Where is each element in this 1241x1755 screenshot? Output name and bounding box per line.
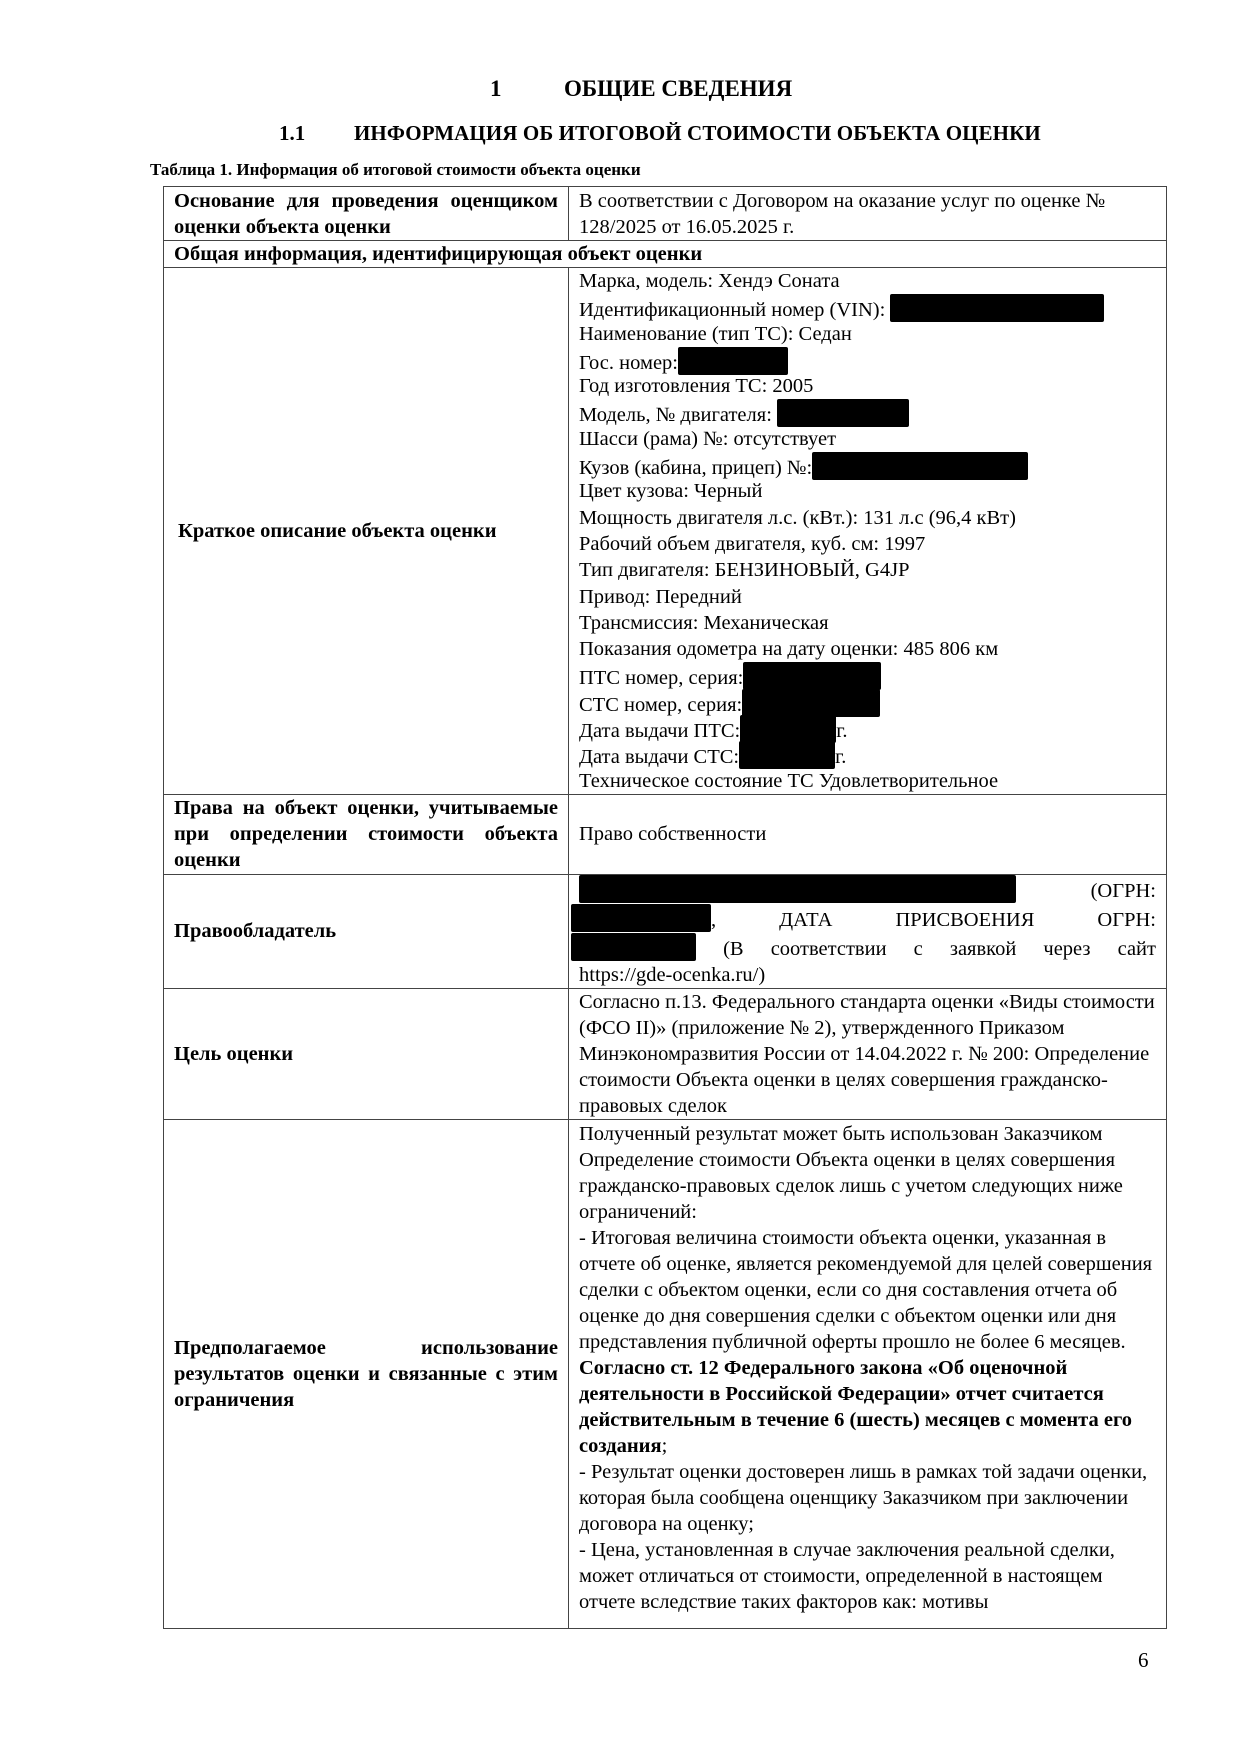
description-line: Шасси (рама) №: отсутствует xyxy=(579,426,1156,452)
description-line-text: СТС номер, серия: xyxy=(579,694,742,716)
section-title: ОБЩИЕ СВЕДЕНИЯ xyxy=(564,76,792,102)
redacted-value xyxy=(890,294,1104,322)
table-caption: Таблица 1. Информация об итоговой стоимо… xyxy=(150,160,641,180)
page-number: 6 xyxy=(1138,1648,1149,1673)
description-line: Мощность двигателя л.с. (кВт.): 131 л.с … xyxy=(579,505,1156,531)
subsection-title: ИНФОРМАЦИЯ ОБ ИТОГОВОЙ СТОИМОСТИ ОБЪЕКТА… xyxy=(354,121,1041,146)
holder-note: (В соответствии с заявкой через сайт xyxy=(723,938,1156,960)
description-line: Марка, модель: Хендэ Соната xyxy=(579,268,1156,294)
redacted-value xyxy=(777,399,909,427)
redacted-value xyxy=(678,347,788,375)
table-row-general-header: Общая информация, идентифицирующая объек… xyxy=(164,241,1167,268)
rights-label: Права на объект оценки, учитываемые при … xyxy=(164,794,569,874)
section-heading: 1 ОБЩИЕ СВЕДЕНИЯ xyxy=(0,72,1241,106)
description-line-text: Наименование (тип ТС): Седан xyxy=(579,323,852,345)
description-line: Тип двигателя: БЕНЗИНОВЫЙ, G4JP xyxy=(579,557,1156,583)
description-line-text: Шасси (рама) №: отсутствует xyxy=(579,428,836,450)
table-row-purpose: Цель оценки Согласно п.13. Федерального … xyxy=(164,988,1167,1119)
description-line-text: Цвет кузова: Черный xyxy=(579,480,762,502)
description-line-text: Кузов (кабина, прицеп) №: xyxy=(579,457,812,479)
subsection-heading: 1.1 ИНФОРМАЦИЯ ОБ ИТОГОВОЙ СТОИМОСТИ ОБЪ… xyxy=(0,118,1241,150)
table-row-description: Краткое описание объекта оценки Марка, м… xyxy=(164,268,1167,795)
ogrn-date-label: , ДАТА ПРИСВОЕНИЯ ОГРН: xyxy=(711,909,1156,931)
description-line: ПТС номер, серия: xyxy=(579,662,1156,688)
description-line-text: Год изготовления ТС: 2005 xyxy=(579,375,813,397)
description-line: Год изготовления ТС: 2005 xyxy=(579,373,1156,399)
intended-use-value: Полученный результат может быть использо… xyxy=(569,1119,1167,1628)
description-line-text: Мощность двигателя л.с. (кВт.): 131 л.с … xyxy=(579,507,1016,529)
description-line-suffix: г. xyxy=(836,720,847,742)
table-row-basis: Основание для проведения оценщиком оценк… xyxy=(164,187,1167,241)
holder-label: Правообладатель xyxy=(164,874,569,988)
description-line: Дата выдачи ПТС:г. xyxy=(579,715,1156,741)
description-line-text: Техническое состояние ТС Удовлетворитель… xyxy=(579,770,998,792)
redacted-ogrn-date xyxy=(571,933,696,961)
description-line-suffix: г. xyxy=(835,746,846,768)
description-line: Цвет кузова: Черный xyxy=(579,478,1156,504)
purpose-value: Согласно п.13. Федерального стандарта оц… xyxy=(569,988,1167,1119)
item1-plain-text: - Итоговая величина стоимости объекта оц… xyxy=(579,1227,1152,1353)
item1-end: ; xyxy=(662,1435,668,1457)
basis-label: Основание для проведения оценщиком оценк… xyxy=(164,187,569,241)
description-line: Привод: Передний xyxy=(579,584,1156,610)
description-label: Краткое описание объекта оценки xyxy=(164,268,569,795)
ogrn-label: (ОГРН: xyxy=(1091,880,1156,902)
redacted-value xyxy=(740,715,836,743)
redacted-value xyxy=(739,741,835,769)
description-line-text: Марка, модель: Хендэ Соната xyxy=(579,270,840,292)
description-line-text: Привод: Передний xyxy=(579,586,742,608)
intended-use-item-1: - Итоговая величина стоимости объекта оц… xyxy=(579,1225,1156,1459)
description-line-text: ПТС номер, серия: xyxy=(579,667,743,689)
description-line: Гос. номер: xyxy=(579,347,1156,373)
description-line-text: Гос. номер: xyxy=(579,352,678,374)
table-row-holder: Правообладатель (ОГРН: , ДАТА ПРИСВОЕНИЯ… xyxy=(164,874,1167,988)
description-line: Наименование (тип ТС): Седан xyxy=(579,321,1156,347)
subsection-number: 1.1 xyxy=(279,121,305,146)
redacted-value xyxy=(812,452,1028,480)
holder-value: (ОГРН: , ДАТА ПРИСВОЕНИЯ ОГРН: (В соотве… xyxy=(569,874,1167,988)
purpose-label: Цель оценки xyxy=(164,988,569,1119)
description-line: Идентификационный номер (VIN): xyxy=(579,294,1156,320)
redacted-value xyxy=(742,689,880,717)
description-line: Дата выдачи СТС:г. xyxy=(579,741,1156,767)
description-line: Кузов (кабина, прицеп) №: xyxy=(579,452,1156,478)
section-number: 1 xyxy=(490,76,502,102)
table-row-intended-use: Предполагаемое использование результатов… xyxy=(164,1119,1167,1628)
description-line-text: Тип двигателя: БЕНЗИНОВЫЙ, G4JP xyxy=(579,559,910,581)
redacted-holder-name xyxy=(579,875,1016,903)
intended-use-intro: Полученный результат может быть использо… xyxy=(579,1121,1156,1225)
redacted-ogrn xyxy=(571,904,711,932)
description-line-text: Дата выдачи ПТС: xyxy=(579,720,740,742)
description-line: Техническое состояние ТС Удовлетворитель… xyxy=(579,768,1156,794)
description-line-text: Рабочий объем двигателя, куб. см: 1997 xyxy=(579,533,925,555)
valuation-info-table: Основание для проведения оценщиком оценк… xyxy=(163,186,1167,1629)
description-value: Марка, модель: Хендэ СонатаИдентификацио… xyxy=(569,268,1167,795)
description-line-text: Трансмиссия: Механическая xyxy=(579,612,829,634)
description-line: Показания одометра на дату оценки: 485 8… xyxy=(579,636,1156,662)
description-line: Модель, № двигателя: xyxy=(579,399,1156,425)
intended-use-item-2: - Результат оценки достоверен лишь в рам… xyxy=(579,1459,1156,1537)
general-info-header: Общая информация, идентифицирующая объек… xyxy=(164,241,1167,268)
intended-use-label: Предполагаемое использование результатов… xyxy=(164,1119,569,1628)
description-line: Рабочий объем двигателя, куб. см: 1997 xyxy=(579,531,1156,557)
description-line-text: Модель, № двигателя: xyxy=(579,404,777,426)
intended-use-item-3: - Цена, установленная в случае заключени… xyxy=(579,1537,1156,1615)
table-row-rights: Права на объект оценки, учитываемые при … xyxy=(164,794,1167,874)
rights-value: Право собственности xyxy=(569,794,1167,874)
description-line-text: Дата выдачи СТС: xyxy=(579,746,739,768)
redacted-value xyxy=(743,662,881,690)
description-line: Трансмиссия: Механическая xyxy=(579,610,1156,636)
description-line: СТС номер, серия: xyxy=(579,689,1156,715)
holder-url: https://gde-ocenka.ru/) xyxy=(579,964,765,986)
basis-value: В соответствии с Договором на оказание у… xyxy=(569,187,1167,241)
description-line-text: Идентификационный номер (VIN): xyxy=(579,299,890,321)
description-line-text: Показания одометра на дату оценки: 485 8… xyxy=(579,638,998,660)
